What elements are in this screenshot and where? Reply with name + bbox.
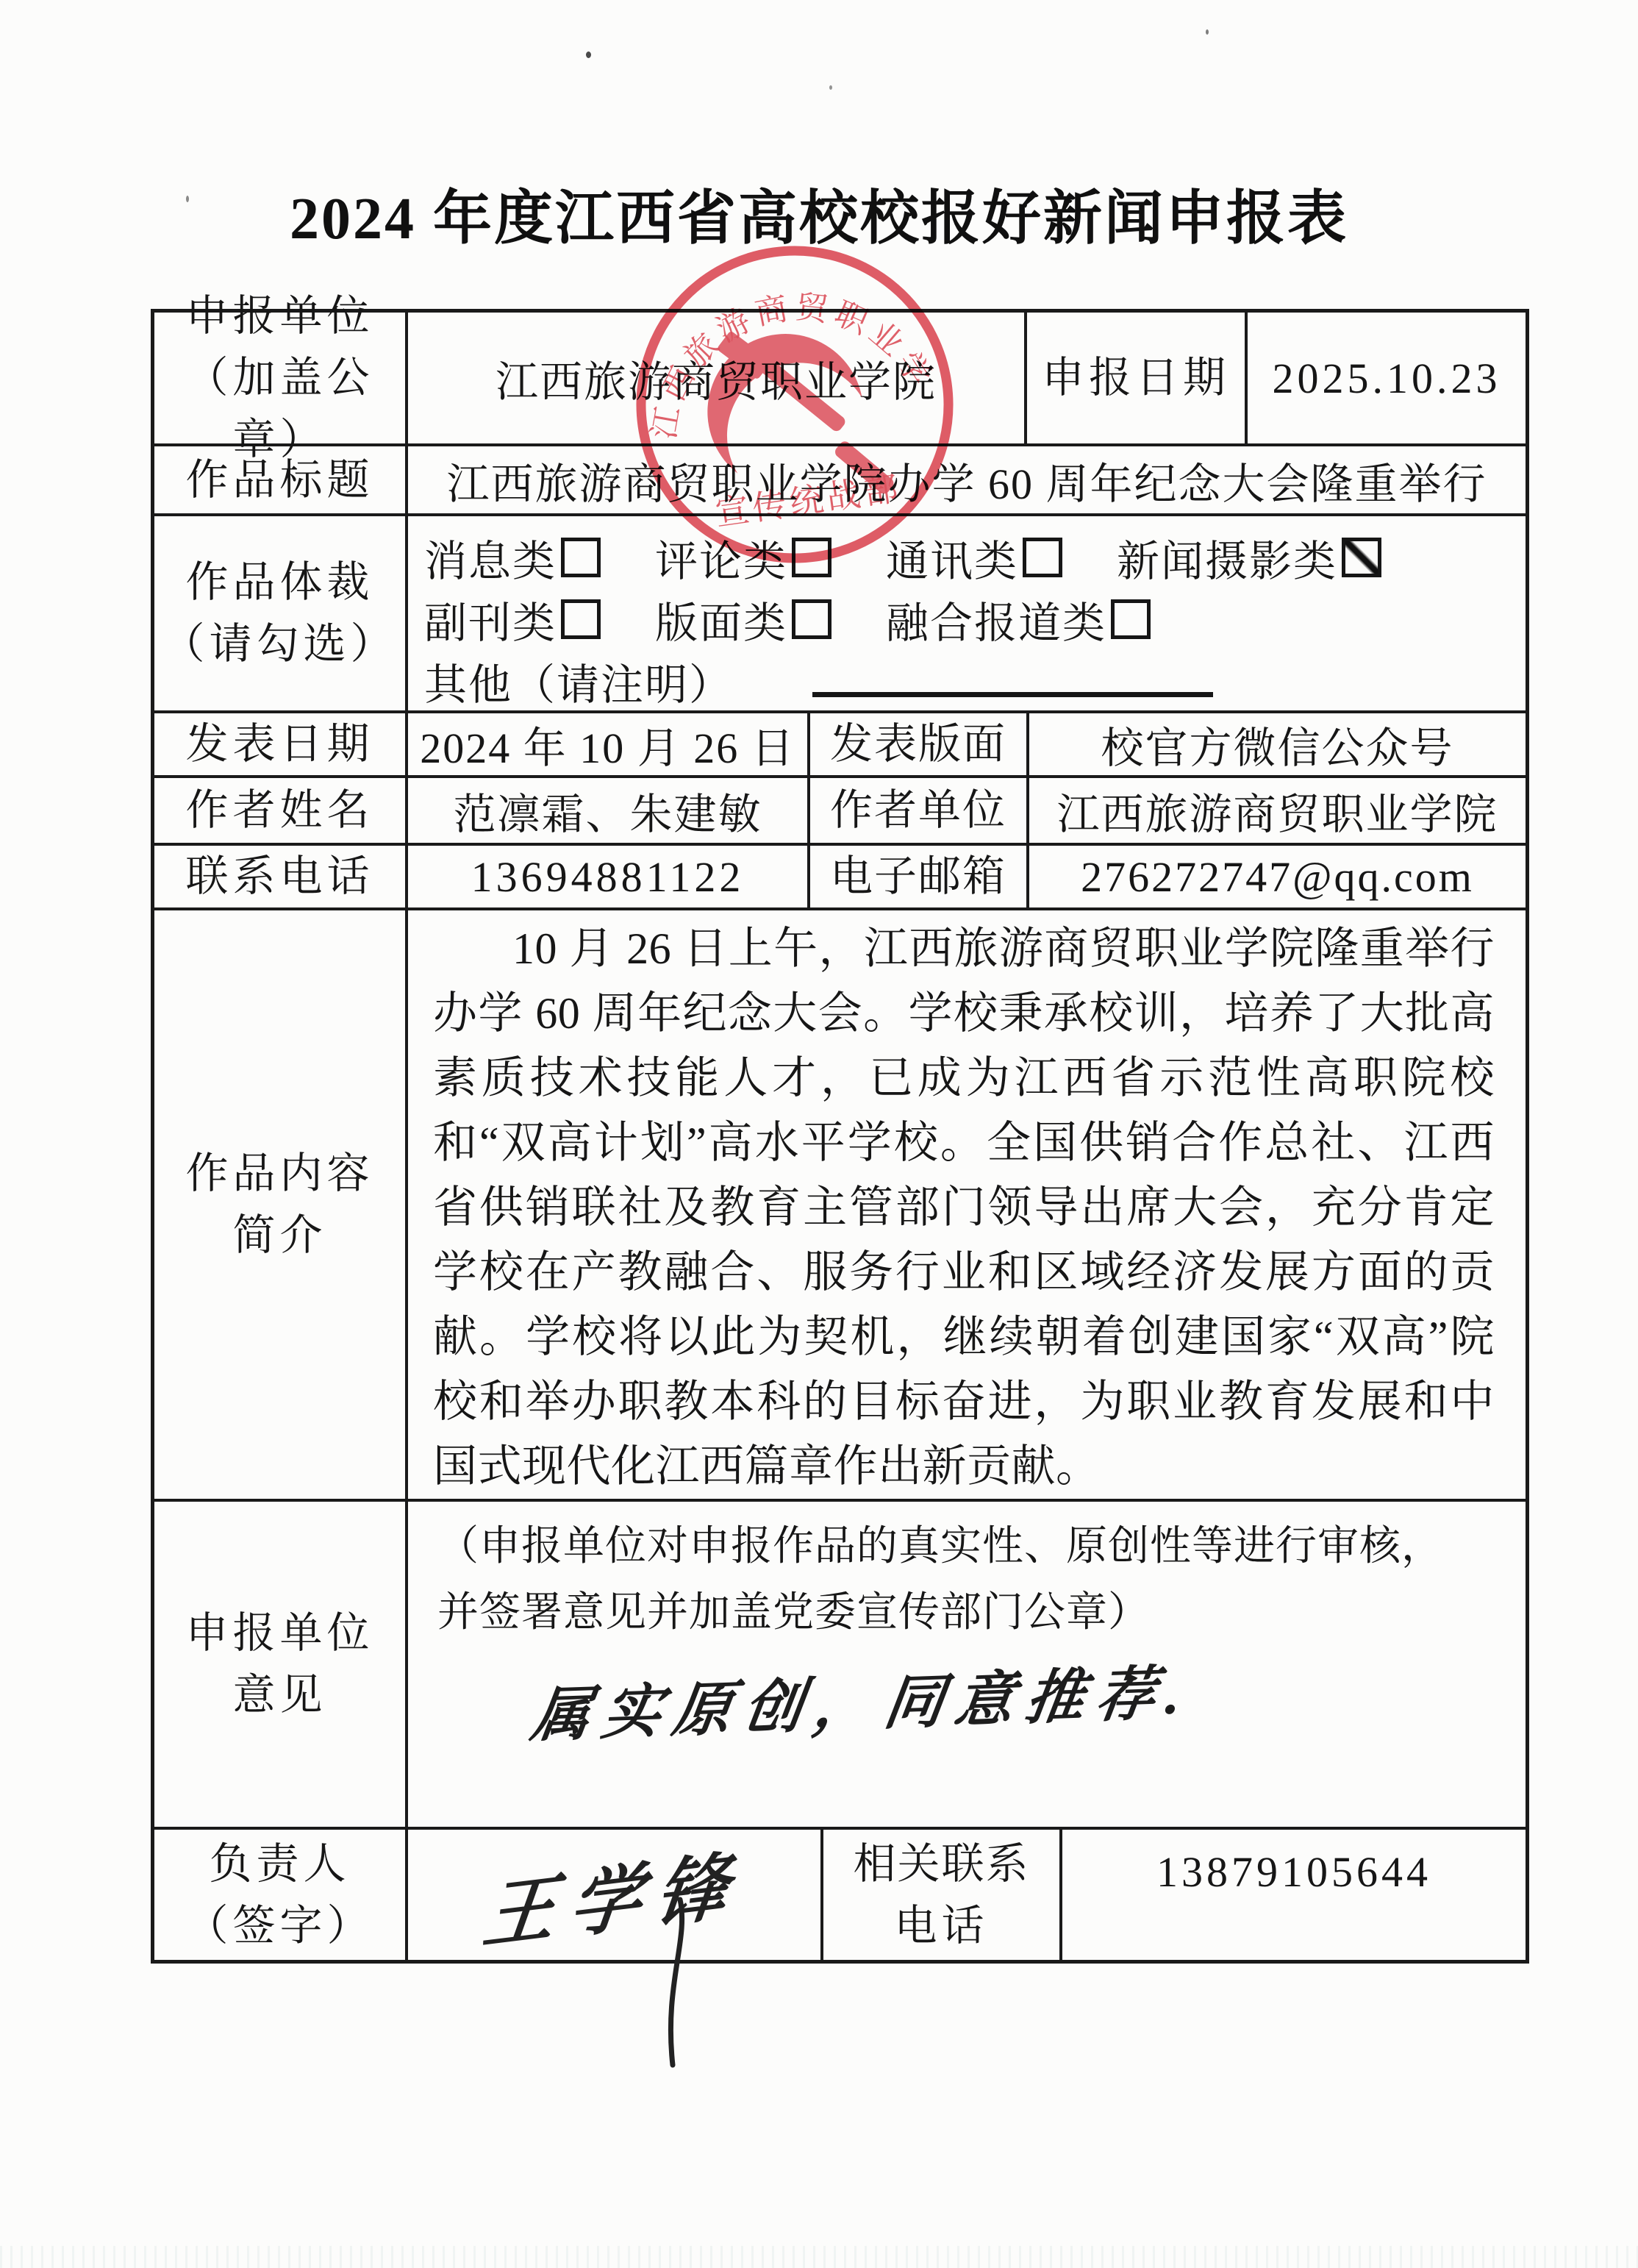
- checkbox-news-photo-checked: [1342, 538, 1381, 577]
- author-name-label: 作者姓名: [185, 780, 373, 841]
- summary-label-cell: 作品内容 简介: [154, 910, 408, 1499]
- genre-option-integrated-report-label: 融合报道类: [886, 588, 1106, 650]
- summary-label-line1: 作品内容: [185, 1143, 373, 1205]
- contact-email-label-cell: 电子邮箱: [810, 846, 1029, 907]
- work-title-value-cell: 江西旅游商贸职业学院办学 60 周年纪念大会隆重举行: [408, 446, 1526, 513]
- contact-email-value: 276272747@qq.com: [1081, 852, 1474, 902]
- row-work-title: 作品标题 江西旅游商贸职业学院办学 60 周年纪念大会隆重举行: [154, 446, 1526, 516]
- publish-page-value-cell: 校官方微信公众号: [1029, 713, 1526, 775]
- row-publish: 发表日期 2024 年 10 月 26 日 发表版面 校官方微信公众号: [154, 713, 1526, 778]
- declare-unit-value: 江西旅游商贸职业学院: [496, 347, 937, 409]
- checkbox-commentary: [792, 538, 831, 577]
- principal-label-line2: （签字）: [185, 1895, 373, 1957]
- genre-options-cell: 消息类 评论类 通讯类 新闻摄影类: [408, 516, 1526, 710]
- principal-label-line1: 负责人: [209, 1833, 350, 1895]
- related-phone-label-line1: 相关联系: [853, 1833, 1029, 1895]
- author-name-value-cell: 范凛霜、朱建敏: [408, 778, 810, 843]
- genre-option-integrated-report: 融合报道类: [886, 588, 1151, 650]
- author-unit-value-cell: 江西旅游商贸职业学院: [1029, 778, 1526, 843]
- author-unit-value: 江西旅游商贸职业学院: [1056, 780, 1498, 841]
- publish-date-label-cell: 发表日期: [154, 713, 408, 775]
- scan-speck: [829, 85, 832, 90]
- declare-unit-label-cell: 申报单位 （加盖公章）: [154, 313, 408, 443]
- publish-page-value: 校官方微信公众号: [1101, 713, 1453, 775]
- related-phone-label-cell: 相关联系 电话: [823, 1830, 1062, 1960]
- related-phone-value-cell: 13879105644: [1062, 1830, 1526, 1960]
- row-principal: 负责人 （签字） 王学锋 相关联系 电话 13879105644: [154, 1830, 1526, 1960]
- genre-other-line: 其他（请注明）: [424, 650, 1213, 712]
- genre-option-commentary-label: 评论类: [655, 527, 787, 588]
- opinion-handwritten-text: 属实原创，同意推荐.: [527, 1635, 1487, 1753]
- page-title: 2024 年度江西省高校校报好新闻申报表: [0, 171, 1638, 255]
- genre-option-news: 消息类: [424, 527, 601, 588]
- row-genre: 作品体裁 （请勾选） 消息类 评论类 通讯类: [154, 516, 1526, 713]
- genre-option-supplement: 副刊类: [424, 588, 601, 650]
- scan-noise-strip: [0, 2246, 1638, 2268]
- checkbox-news: [561, 538, 601, 577]
- author-unit-label-cell: 作者单位: [810, 778, 1029, 843]
- summary-label-line2: 简介: [232, 1205, 326, 1266]
- checkbox-supplement: [561, 599, 601, 639]
- row-declare-unit: 申报单位 （加盖公章） 江西旅游商贸职业学院 申报日期 2025.10.23: [154, 313, 1526, 446]
- genre-option-supplement-label: 副刊类: [424, 588, 557, 650]
- genre-option-layout: 版面类: [655, 588, 831, 650]
- checkbox-integrated-report: [1111, 599, 1151, 639]
- scan-speck: [186, 196, 189, 202]
- opinion-label-line2: 意见: [232, 1664, 326, 1726]
- genre-option-communication: 通讯类: [886, 527, 1062, 588]
- opinion-note: （申报单位对申报作品的真实性、原创性等进行审核，并签署意见并加盖党委宣传部门公章…: [437, 1513, 1481, 1646]
- signature-descender-stroke: [651, 1900, 709, 2069]
- application-form-table: 申报单位 （加盖公章） 江西旅游商贸职业学院 申报日期 2025.10.23 作…: [151, 309, 1529, 1964]
- genre-option-news-label: 消息类: [424, 527, 557, 588]
- genre-label-line1: 作品体裁: [185, 552, 373, 613]
- summary-text-cell: 10 月 26 日上午，江西旅游商贸职业学院隆重举行办学 60 周年纪念大会。学…: [408, 910, 1526, 1499]
- opinion-label-line1: 申报单位: [185, 1602, 373, 1664]
- scanned-form-page: 2024 年度江西省高校校报好新闻申报表 申报单位 （加盖公章） 江西旅游商贸职…: [0, 0, 1638, 2268]
- genre-option-layout-label: 版面类: [655, 588, 787, 650]
- genre-option-communication-label: 通讯类: [886, 527, 1018, 588]
- contact-phone-label: 联系电话: [185, 846, 373, 907]
- contact-phone-label-cell: 联系电话: [154, 846, 408, 907]
- work-title-label: 作品标题: [185, 449, 373, 511]
- declare-date-value: 2025.10.23: [1273, 354, 1501, 403]
- publish-date-label: 发表日期: [185, 713, 373, 775]
- related-phone-value: 13879105644: [1156, 1847, 1431, 1897]
- opinion-content-cell: （申报单位对申报作品的真实性、原创性等进行审核，并签署意见并加盖党委宣传部门公章…: [408, 1502, 1526, 1827]
- work-title-value: 江西旅游商贸职业学院办学 60 周年纪念大会隆重举行: [446, 449, 1487, 511]
- genre-option-news-photo-label: 新闻摄影类: [1117, 527, 1337, 588]
- scan-speck: [586, 51, 591, 58]
- genre-options-line1: 消息类 评论类 通讯类 新闻摄影类: [424, 527, 1381, 588]
- row-contact: 联系电话 13694881122 电子邮箱 276272747@qq.com: [154, 846, 1526, 910]
- principal-signature-cell: 王学锋: [408, 1830, 823, 1960]
- publish-page-label-cell: 发表版面: [810, 713, 1029, 775]
- genre-other-label: 其他（请注明）: [424, 650, 733, 712]
- checkbox-communication: [1023, 538, 1062, 577]
- declare-date-value-cell: 2025.10.23: [1248, 313, 1526, 443]
- row-unit-opinion: 申报单位 意见 （申报单位对申报作品的真实性、原创性等进行审核，并签署意见并加盖…: [154, 1502, 1526, 1830]
- genre-option-commentary: 评论类: [655, 527, 831, 588]
- summary-text: 10 月 26 日上午，江西旅游商贸职业学院隆重举行办学 60 周年纪念大会。学…: [433, 916, 1495, 1499]
- genre-label-line2: （请勾选）: [162, 613, 397, 675]
- row-summary: 作品内容 简介 10 月 26 日上午，江西旅游商贸职业学院隆重举行办学 60 …: [154, 910, 1526, 1502]
- related-phone-label-line2: 电话: [894, 1895, 988, 1957]
- opinion-label-cell: 申报单位 意见: [154, 1502, 408, 1827]
- publish-page-label: 发表版面: [830, 713, 1006, 775]
- row-author: 作者姓名 范凛霜、朱建敏 作者单位 江西旅游商贸职业学院: [154, 778, 1526, 846]
- publish-date-value-cell: 2024 年 10 月 26 日: [408, 713, 810, 775]
- contact-phone-value: 13694881122: [471, 852, 745, 902]
- author-unit-label: 作者单位: [830, 780, 1006, 841]
- checkbox-layout: [792, 599, 831, 639]
- work-title-label-cell: 作品标题: [154, 446, 408, 513]
- genre-options-line2: 副刊类 版面类 融合报道类: [424, 588, 1151, 650]
- declare-unit-label-line1: 申报单位: [185, 285, 373, 347]
- author-name-value: 范凛霜、朱建敏: [453, 780, 762, 841]
- genre-other-blank-line: [812, 665, 1213, 697]
- author-name-label-cell: 作者姓名: [154, 778, 408, 843]
- principal-label-cell: 负责人 （签字）: [154, 1830, 408, 1960]
- contact-email-value-cell: 276272747@qq.com: [1029, 846, 1526, 907]
- declare-unit-value-cell: 江西旅游商贸职业学院: [408, 313, 1027, 443]
- contact-phone-value-cell: 13694881122: [408, 846, 810, 907]
- scan-speck: [1206, 29, 1209, 35]
- publish-date-value: 2024 年 10 月 26 日: [420, 713, 795, 775]
- contact-email-label: 电子邮箱: [830, 846, 1006, 907]
- genre-option-news-photo: 新闻摄影类: [1117, 527, 1381, 588]
- declare-date-label-cell: 申报日期: [1027, 313, 1248, 443]
- declare-date-label: 申报日期: [1042, 347, 1230, 409]
- genre-label-cell: 作品体裁 （请勾选）: [154, 516, 408, 710]
